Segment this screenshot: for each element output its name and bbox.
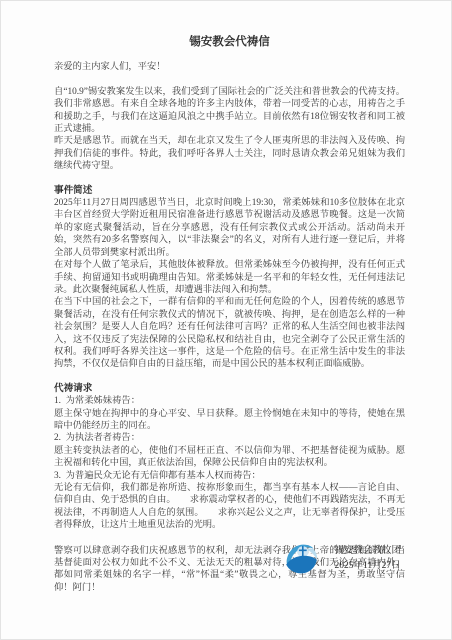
signature-org: 锡安教会教牧团 <box>334 544 401 559</box>
prayer-letter-page: 锡安教会代祷信 亲爱的主内家人们，平安！ 自“10.9”锡安教案发生以来，我们受… <box>0 0 452 640</box>
prayer-item-2-body: 愿主转变执法者的心，使他们不屈枉正直、不以信仰为罪、不把基督徒视为威胁。愿主祝福… <box>54 445 405 470</box>
signature-date: 2025年11月27日 <box>334 559 401 574</box>
intro-paragraph-1: 自“10.9”锡安教案发生以来，我们受到了国际社会的广泛关注和普世教会的代祷支持… <box>54 86 405 136</box>
prayer-item-1-label: 1. 为常柔姊妹祷告： <box>54 395 405 407</box>
incident-paragraph-1: 2025年11月27日周四感恩节当日，北京时间晚上19:30，常柔姊妹和10多位… <box>54 197 405 259</box>
prayer-item-3-body: 无论有无信仰，我们都是祢所造、按祢形象而生，都当享有基本人权——言论自由、信仰自… <box>54 482 405 532</box>
intro-paragraph-2: 昨天是感恩节。而就在当天，却在北京又发生了令人匪夷所思的非法闯入及传唤、拘押我们… <box>54 135 405 172</box>
section-heading-prayer-requests: 代祷请求 <box>54 383 405 395</box>
page-title: 锡安教会代祷信 <box>54 36 405 48</box>
signature-block: 锡安教会教牧团 2025年11月27日 <box>283 541 401 577</box>
incident-paragraph-3: 在当下中国的社会之下，一群有信仰的平和而无任何危险的个人，因着传统的感恩节聚餐活… <box>54 296 405 370</box>
prayer-item-1-body: 愿主保守她在拘押中的身心平安、早日获释。愿主怜悯她在未知中的等待，使她在黑暗中仍… <box>54 408 405 433</box>
prayer-item-3-label: 3. 为普遍民众无论有无信仰都有基本人权而祷告： <box>54 470 405 482</box>
incident-paragraph-2: 在对每个人做了笔录后，其他肢体被释放。但常柔姊妹至今仍被拘押，没有任何正式手续、… <box>54 259 405 296</box>
prayer-item-2-label: 2. 为执法者者祷告： <box>54 432 405 444</box>
section-heading-incident: 事件简述 <box>54 185 405 197</box>
wave-cross-church-logo-icon <box>283 541 319 577</box>
greeting-line: 亲爱的主内家人们，平安！ <box>54 61 405 73</box>
